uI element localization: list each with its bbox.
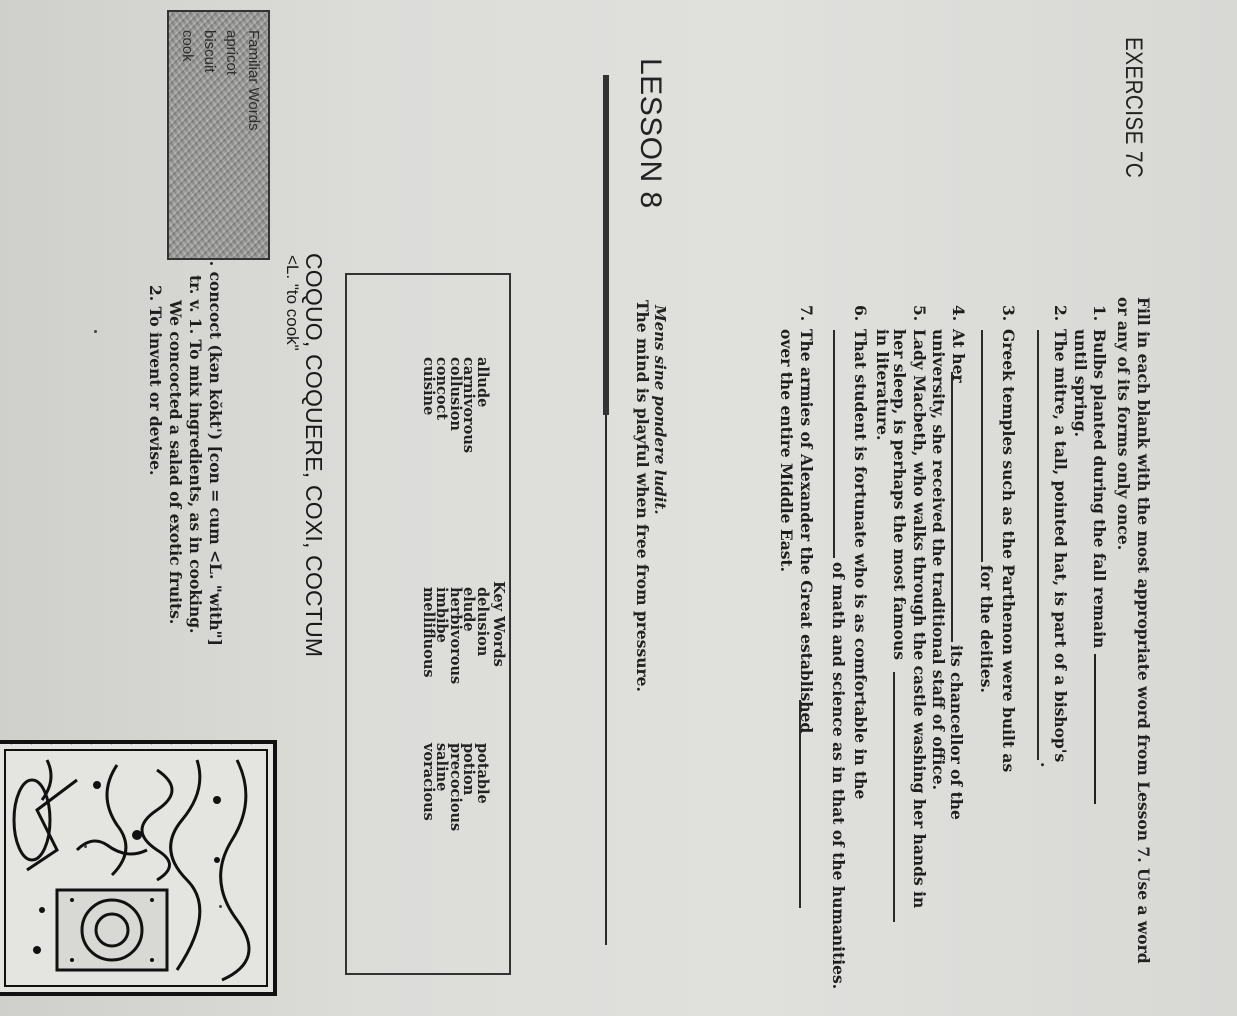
- textbook-page: EXERCISE 7C Fill in each blank with the …: [0, 0, 1237, 1016]
- item-number: 6.: [850, 305, 871, 329]
- exercise-instructions: Fill in each blank with the most appropr…: [1113, 297, 1153, 977]
- blank-period: .: [1036, 762, 1057, 767]
- dust-speck: [94, 330, 97, 333]
- lesson-motto-latin: Mens sine pondere ludit.: [651, 305, 669, 515]
- key-word: precocious: [449, 743, 463, 831]
- root-meaning: <L. "to cook": [282, 255, 302, 351]
- key-words-column-1: allude carnivorous collusion concoct cui…: [422, 357, 490, 453]
- item-number: 4.: [948, 305, 969, 329]
- item-number: 7.: [796, 305, 817, 329]
- lesson-thin-rule: [605, 415, 607, 945]
- familiar-words-box: Familiar Words apricot biscuit cook: [167, 10, 270, 260]
- key-word: mellifluous: [422, 587, 436, 684]
- dust-speck: [84, 845, 87, 848]
- familiar-word: cook: [179, 30, 196, 62]
- exercise-item-2: 2.The mitre, a tall, pointed hat, is par…: [1050, 305, 1071, 762]
- photo-stage: EXERCISE 7C Fill in each blank with the …: [0, 0, 1237, 1016]
- exercise-item-3: 3.Greek temples such as the Parthenon we…: [998, 305, 1019, 772]
- key-words-column-3: potable potion precocious saline voracio…: [422, 743, 490, 831]
- dust-speck: [219, 905, 222, 908]
- exercise-item-7: 7.The armies of Alexander the Great esta…: [796, 305, 817, 733]
- entry-definition-1: tr. v. 1. To mix ingredients, as in cook…: [186, 275, 205, 633]
- answer-blank-3[interactable]: [981, 330, 983, 562]
- item-number: 5.: [909, 305, 930, 329]
- item-number: 2.: [1050, 305, 1071, 329]
- key-words-box: Key Words allude carnivorous collusion c…: [345, 273, 511, 975]
- answer-blank-2[interactable]: [1037, 330, 1039, 760]
- answer-blank-7[interactable]: [799, 700, 801, 908]
- exercise-item-1-cont: until spring.: [1070, 329, 1091, 437]
- exercise-item-7-cont: over the entire Middle East.: [776, 329, 797, 572]
- woodcut-kitchen-scene-icon: [0, 740, 277, 1000]
- entry-definition-2: 2. To invent or devise.: [146, 285, 165, 475]
- item-text: Bulbs planted during the fall remain: [1090, 329, 1109, 648]
- key-word: concoct: [435, 357, 449, 453]
- exercise-item-1: 1.Bulbs planted during the fall remain: [1089, 305, 1110, 804]
- item-text: The mitre, a tall, pointed hat, is part …: [1051, 329, 1070, 762]
- lesson-title: LESSON 8: [633, 58, 667, 209]
- item-text: The armies of Alexander the Great establ…: [797, 329, 816, 733]
- lesson-motto-english: The mind is playful when free from press…: [633, 300, 652, 692]
- familiar-word: biscuit: [201, 30, 218, 73]
- root-heading: COQUO, COQUERE, COXI, COCTUM: [300, 253, 327, 657]
- exercise-item-4: 4.At her: [948, 305, 969, 383]
- key-words-column-2: delusion elude herbivorous imbibe mellif…: [422, 587, 490, 684]
- key-word: allude: [476, 357, 490, 453]
- item-text: That student is fortunate who is as comf…: [851, 329, 870, 799]
- item-number: 1.: [1089, 305, 1110, 329]
- lesson-thick-rule: [603, 75, 609, 415]
- item-text: Greek temples such as the Parthenon were…: [999, 329, 1018, 772]
- exercise-item-3-cont: for the deities.: [976, 565, 997, 693]
- key-word: herbivorous: [449, 587, 463, 684]
- exercise-item-4-cont-2: university, she received the traditional…: [928, 329, 949, 790]
- item-text: Lady Macbeth, who walks through the cast…: [910, 329, 929, 908]
- key-word: voracious: [422, 743, 436, 831]
- familiar-words-title: Familiar Words: [245, 30, 262, 131]
- answer-blank-4[interactable]: [951, 372, 953, 642]
- exercise-item-5: 5.Lady Macbeth, who walks through the ca…: [909, 305, 930, 908]
- exercise-item-6: 6.That student is fortunate who is as co…: [850, 305, 871, 799]
- answer-blank-1[interactable]: [1094, 654, 1110, 804]
- key-word: delusion: [476, 587, 490, 684]
- familiar-word: apricot: [223, 30, 240, 75]
- entry-example-1: We concocted a salad of exotic fruits.: [166, 300, 185, 624]
- answer-blank-5[interactable]: [893, 672, 895, 922]
- exercise-item-5-cont-2: in literature.: [872, 329, 893, 440]
- exercise-item-4-cont: its chancellor of the: [946, 645, 967, 820]
- exercise-title: EXERCISE 7C: [1119, 37, 1147, 178]
- answer-blank-6[interactable]: [833, 330, 835, 558]
- key-word: cuisine: [422, 357, 436, 453]
- item-number: 3.: [998, 305, 1019, 329]
- key-word: carnivorous: [462, 357, 476, 453]
- exercise-item-6-cont: of math and science as in that of the hu…: [828, 562, 849, 989]
- key-word: potable: [476, 743, 490, 831]
- entry-headword: 1. concoct (kən kŏkt') [con = cum <L. "w…: [206, 250, 225, 646]
- key-words-title: Key Words: [490, 275, 507, 973]
- key-word: potion: [462, 743, 476, 831]
